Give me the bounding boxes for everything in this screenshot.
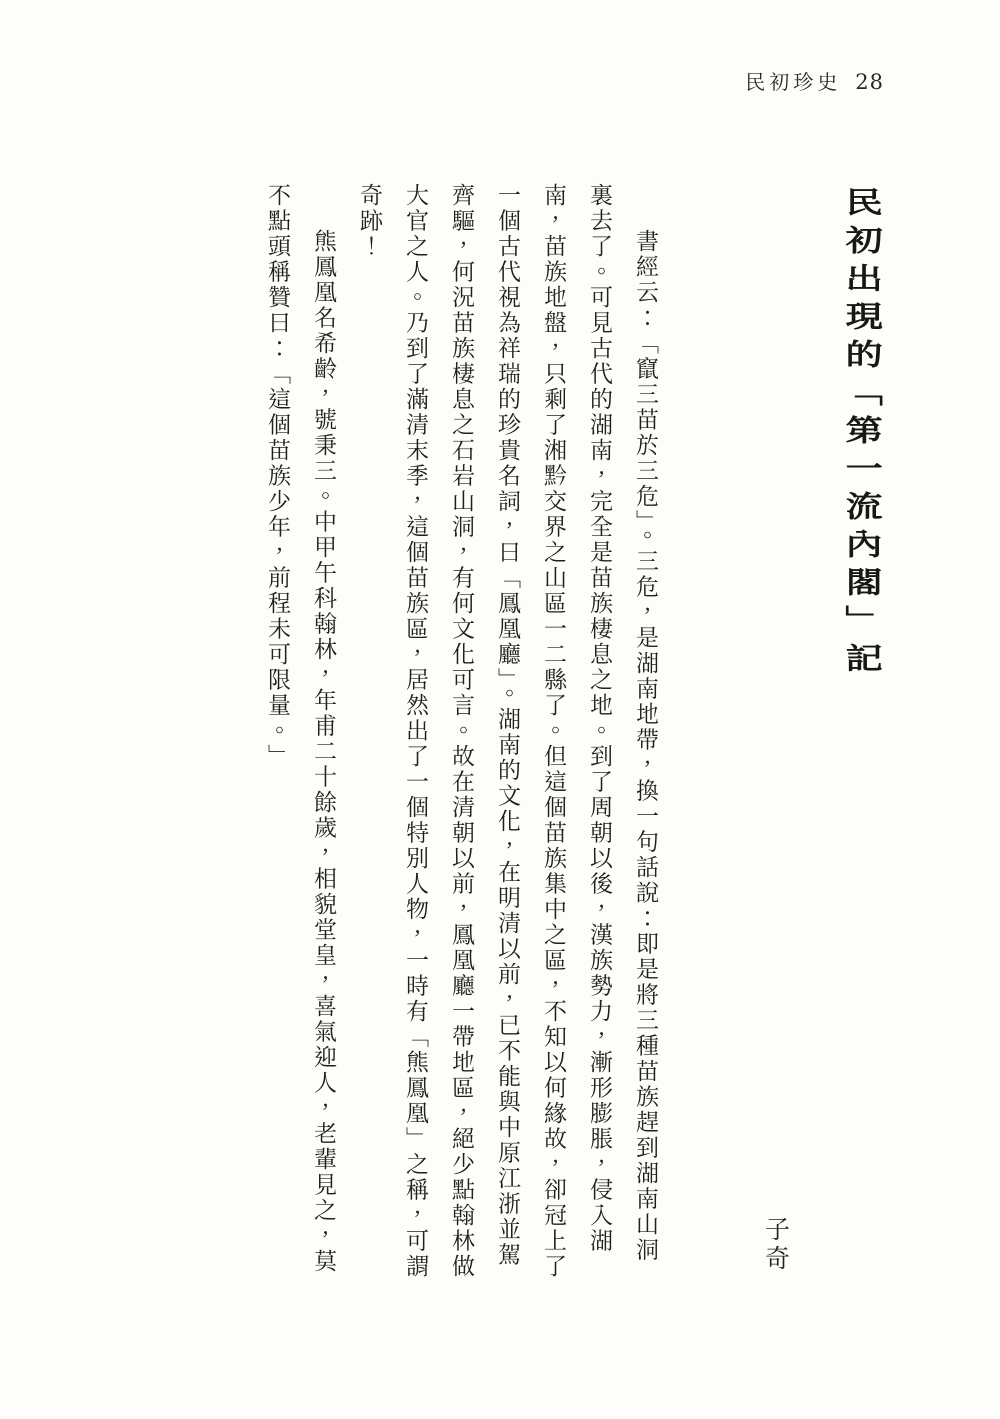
author-name: 子奇: [762, 1216, 790, 1274]
article-title: 民初出現的「第一流內閣」記: [839, 187, 885, 681]
paragraph-2: 熊鳳凰名希齡，號秉三。中甲午科翰林，年甫二十餘歲，相貌堂皇，喜氣迎人，老輩見之，…: [254, 183, 346, 1281]
paragraph-1: 書經云：「竄三苗於三危」。三危，是湖南地帶，換一句話說：即是將三種苗族趕到湖南山…: [346, 183, 668, 1281]
page-number: 28: [855, 70, 884, 94]
article-body: 書經云：「竄三苗於三危」。三危，是湖南地帶，換一句話說：即是將三種苗族趕到湖南山…: [254, 183, 668, 1281]
running-head-book-title: 民初珍史: [745, 66, 841, 95]
running-head: 民初珍史 28: [745, 66, 884, 95]
book-page: 民初珍史 28 民初出現的「第一流內閣」記 子奇 書經云：「竄三苗於三危」。三危…: [0, 0, 1000, 1419]
